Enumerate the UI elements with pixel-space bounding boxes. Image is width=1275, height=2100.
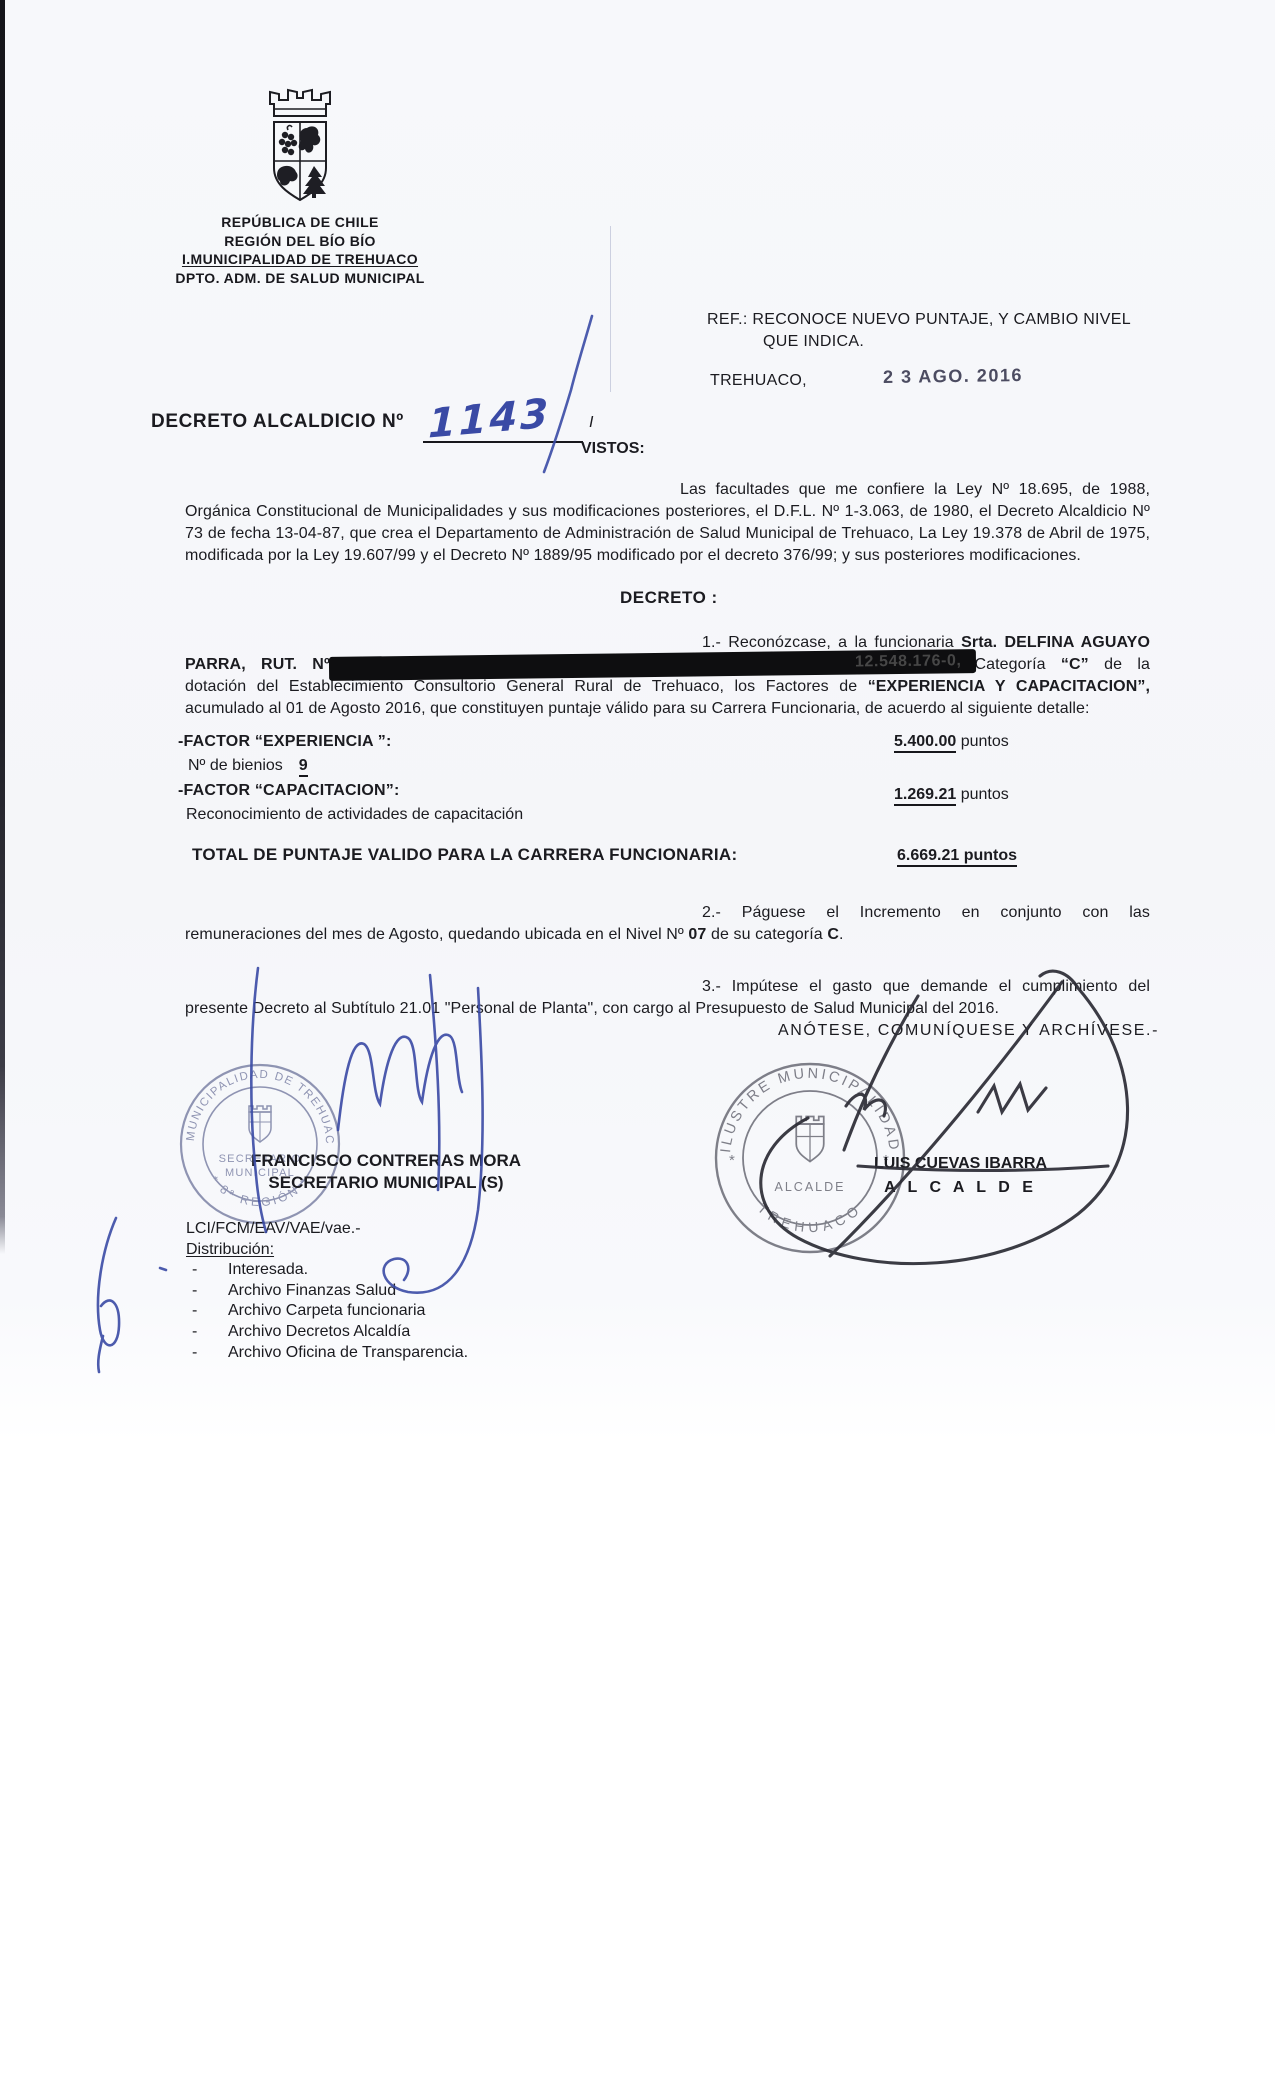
mayor-signature: [844, 996, 918, 1150]
secretary-signature: [338, 1035, 462, 1130]
secretary-signature: [251, 968, 266, 1232]
decree-number-slash: [544, 316, 592, 472]
margin-scrawl: [98, 1218, 119, 1345]
mayor-signature: [761, 971, 1128, 1264]
secretary-signature: [384, 988, 483, 1293]
secretary-signature: [430, 975, 439, 1190]
mayor-signature: [846, 1094, 885, 1116]
margin-dot: [160, 1268, 166, 1270]
margin-scrawl: [98, 1336, 103, 1372]
mayor-signature-strike: [858, 1166, 1108, 1171]
mayor-signature: [830, 982, 1062, 1256]
handwriting-ink-overlay: [0, 0, 1275, 1450]
mayor-signature: [978, 1084, 1046, 1112]
scanned-decree-page: REPÚBLICA DE CHILE REGIÓN DEL BÍO BÍO I.…: [0, 0, 1275, 2100]
